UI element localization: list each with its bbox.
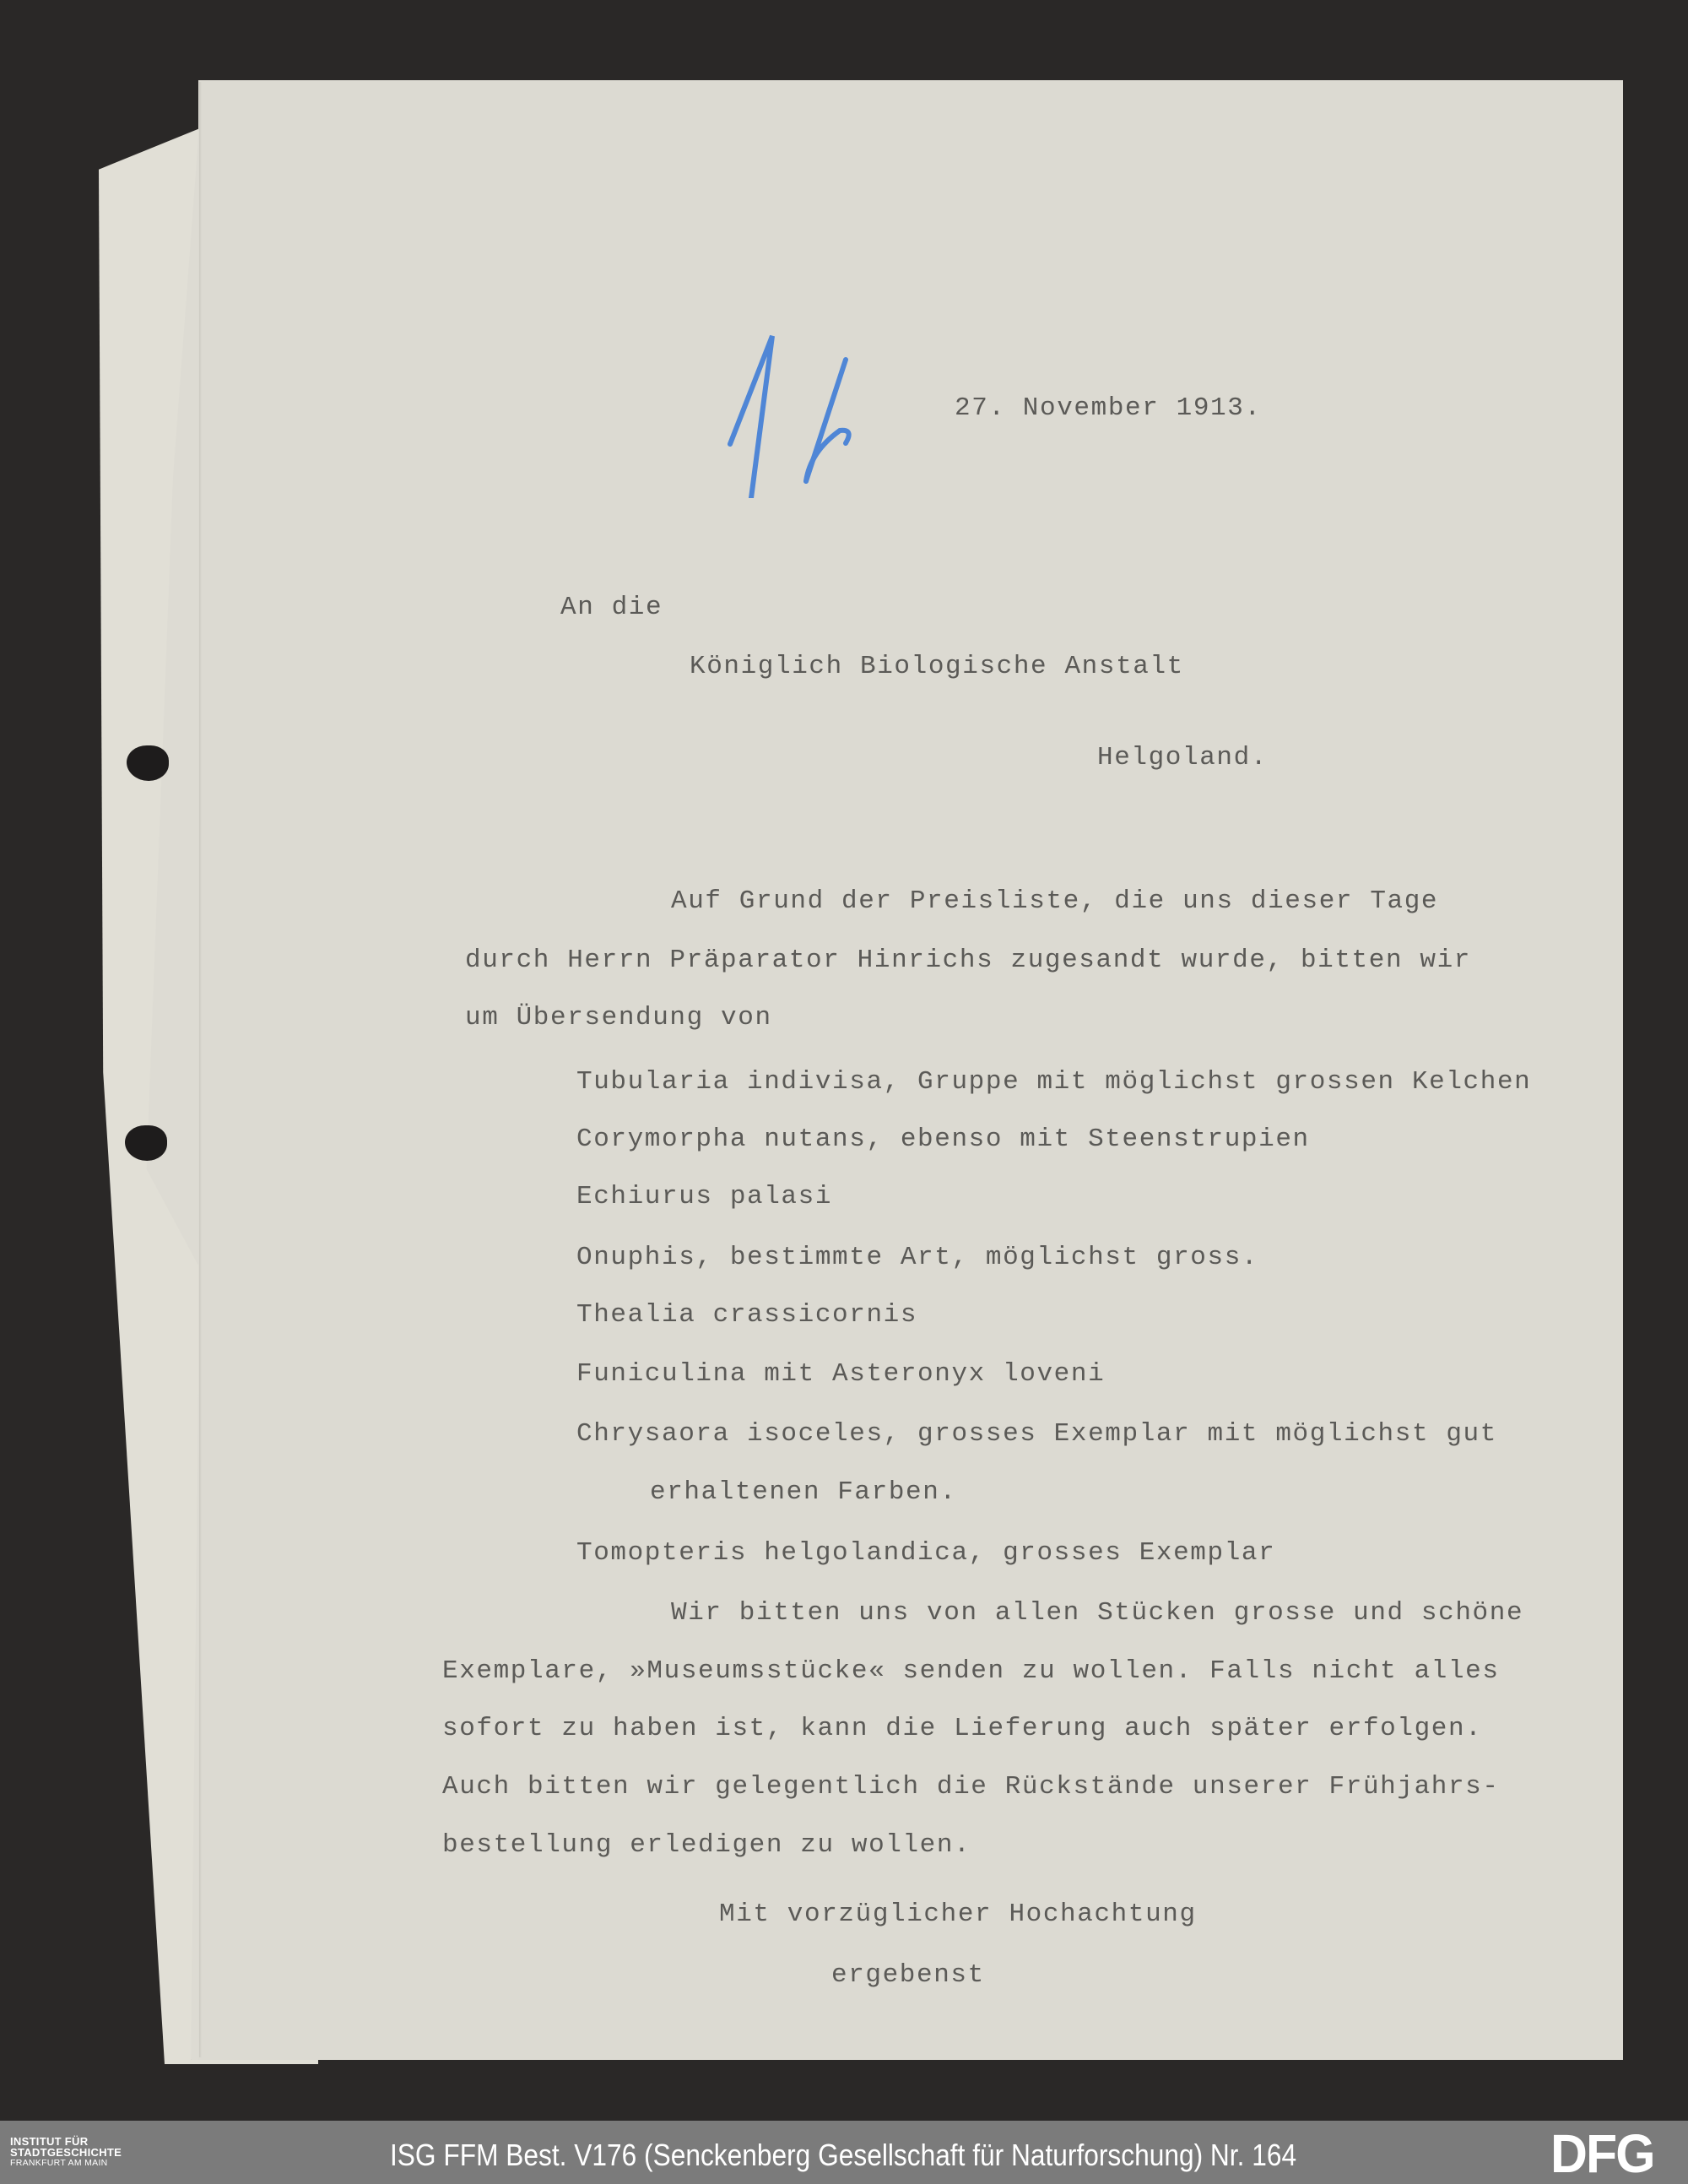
punch-hole [125, 1125, 167, 1161]
specimen-item: Tubularia indivisa, Gruppe mit möglichst… [576, 1067, 1531, 1097]
institution-name-line2: STADTGESCHICHTE [10, 2148, 122, 2159]
institution-city: FRANKFURT AM MAIN [10, 2158, 122, 2169]
paragraph2-line: Wir bitten uns von allen Stücken grosse … [671, 1598, 1523, 1629]
specimen-item-continuation: erhaltenen Farben. [650, 1477, 957, 1508]
specimen-item: Thealia crassicornis [576, 1300, 917, 1330]
specimen-item: Onuphis, bestimmte Art, möglichst gross. [576, 1243, 1258, 1273]
specimen-item: Chrysaora isoceles, grosses Exemplar mit… [576, 1419, 1497, 1450]
paragraph2-line: bestellung erledigen zu wollen. [442, 1830, 971, 1861]
archive-reference: ISG FFM Best. V176 (Senckenberg Gesellsc… [390, 2138, 1296, 2172]
specimen-item: Echiurus palasi [576, 1182, 832, 1212]
closing-phrase: Mit vorzüglicher Hochachtung [719, 1899, 1197, 1930]
institution-logo: INSTITUT FÜR STADTGESCHICHTE FRANKFURT A… [10, 2137, 122, 2169]
paragraph2-line: sofort zu haben ist, kann die Lieferung … [442, 1714, 1482, 1744]
paragraph2-line: Auch bitten wir gelegentlich die Rückstä… [442, 1772, 1500, 1802]
paragraph2-line: Exemplare, »Museumsstücke« senden zu wol… [442, 1656, 1500, 1687]
closing-signature: ergebenst [831, 1960, 985, 1991]
recipient-institution: Königlich Biologische Anstalt [690, 652, 1184, 682]
letter-date: 27. November 1913. [955, 393, 1262, 424]
paragraph1-line: durch Herrn Präparator Hinrichs zugesand… [465, 946, 1471, 976]
recipient-salutation: An die [560, 593, 663, 623]
specimen-item: Funiculina mit Asteronyx loveni [576, 1359, 1105, 1390]
specimen-item: Tomopteris helgolandica, grosses Exempla… [576, 1538, 1275, 1569]
fold-crease [199, 82, 202, 2057]
recipient-place: Helgoland. [1097, 743, 1268, 773]
paragraph1-line: um Übersendung von [465, 1003, 772, 1033]
paragraph1-line: Auf Grund der Preisliste, die uns dieser… [671, 886, 1438, 917]
specimen-item: Corymorpha nutans, ebenso mit Steenstrup… [576, 1125, 1310, 1155]
dfg-logo: DFG [1550, 2131, 1654, 2176]
punch-hole [127, 745, 169, 781]
